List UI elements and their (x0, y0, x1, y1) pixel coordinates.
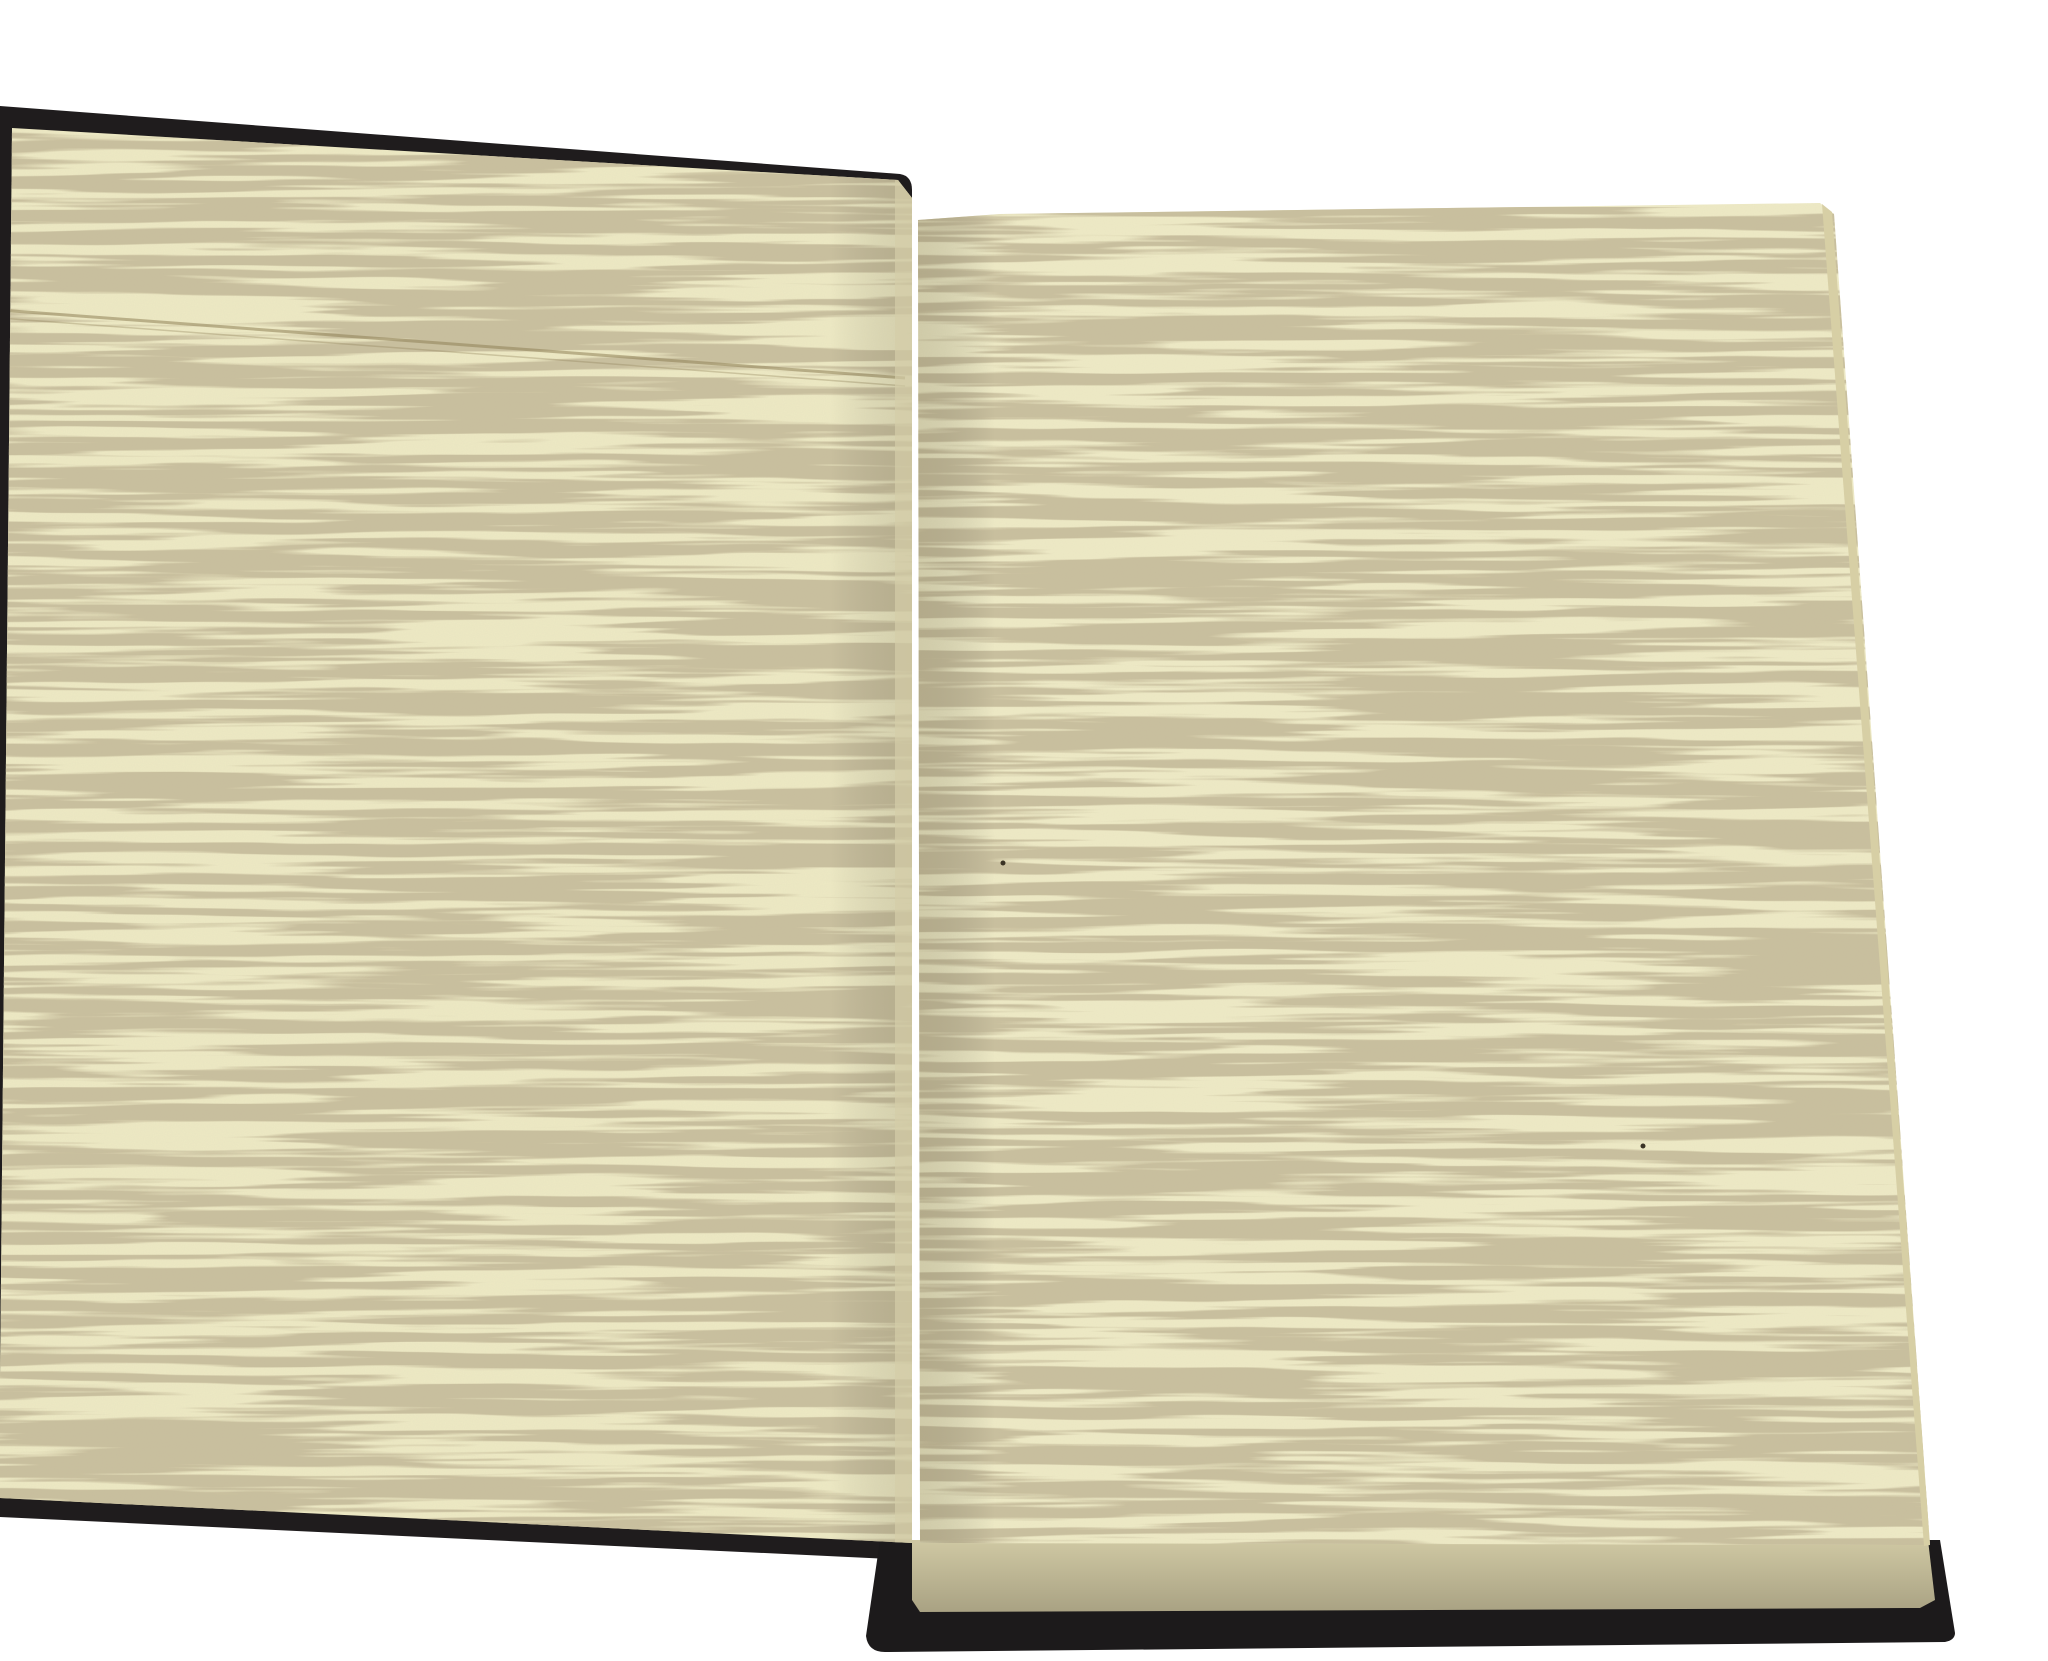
left-endpaper (0, 100, 920, 1560)
paper-speck (1001, 861, 1006, 866)
paper-speck (1641, 1144, 1646, 1149)
book-illustration (0, 0, 2048, 1661)
right-page-block-edge (912, 1540, 1935, 1612)
right-endpaper (900, 200, 1960, 1567)
book-photo: Open hardcover book showing blank decora… (0, 0, 2048, 1661)
